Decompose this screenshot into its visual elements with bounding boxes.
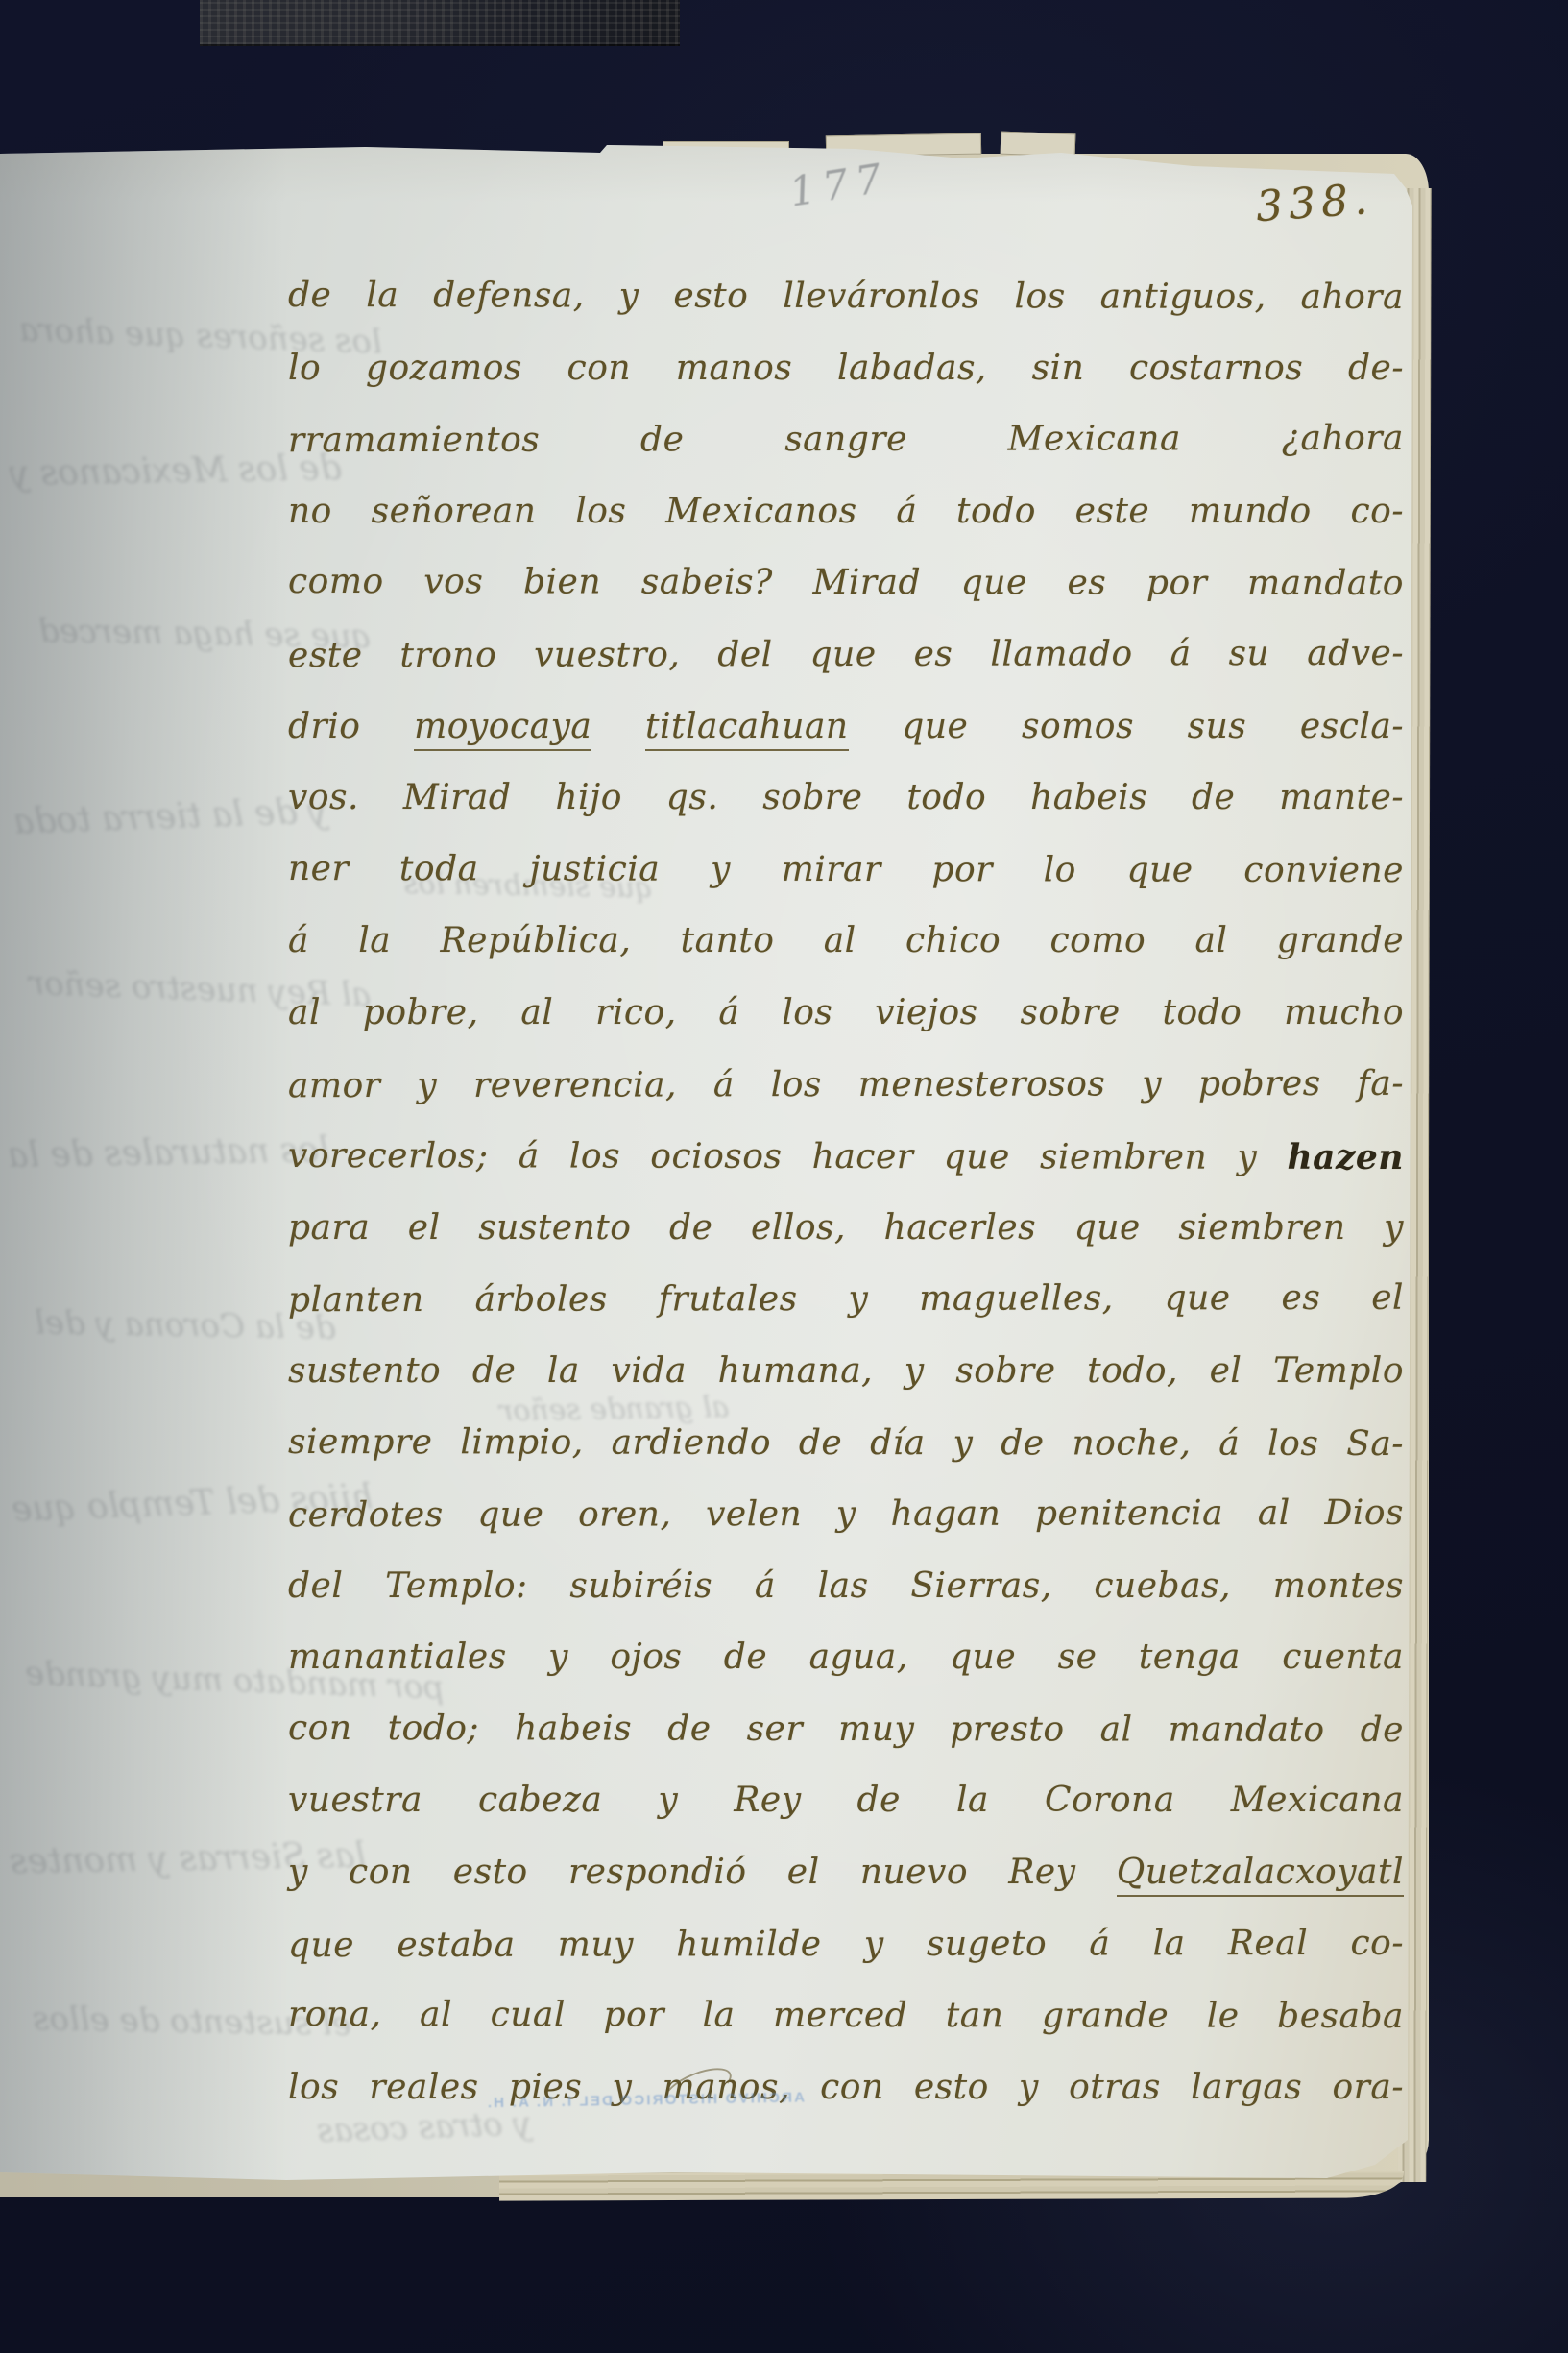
manuscript-segment: á la República, tanto al chico como al g… <box>288 921 1404 960</box>
manuscript-text-block: de la defensa, y esto lleváronlos los an… <box>288 261 1404 2123</box>
manuscript-line: que estaba muy humilde y sugeto á la Rea… <box>288 1907 1404 1981</box>
manuscript-segment: vuestra cabeza y Rey de la Corona Mexica… <box>288 1781 1404 1820</box>
manuscript-line: amor y reverencia, á los menesterosos y … <box>288 1048 1404 1122</box>
manuscript-segment: los reales pies y manos, con esto y otra… <box>288 2068 1404 2107</box>
manuscript-segment: rramamientos de sangre Mexicana ¿ahora <box>288 419 1404 460</box>
manuscript-line: al pobre, al rico, á los viejos sobre to… <box>288 978 1404 1050</box>
manuscript-segment: cerdotes que oren, velen y hagan peniten… <box>288 1493 1404 1535</box>
manuscript-segment <box>591 707 645 746</box>
manuscript-segment: hazen <box>1287 1137 1404 1177</box>
underlined-word: Quetzalacxoyatl <box>1117 1853 1404 1897</box>
manuscript-line: los reales pies y manos, con esto y otra… <box>288 2052 1404 2124</box>
manuscript-segment: ner toda justicia y mirar por lo que con… <box>288 849 1404 890</box>
manuscript-line: ner toda justicia y mirar por lo que con… <box>288 834 1404 908</box>
manuscript-line: rramamientos de sangre Mexicana ¿ahora <box>288 403 1404 477</box>
manuscript-segment: al pobre, al rico, á los viejos sobre to… <box>288 993 1404 1032</box>
manuscript-segment: sustento de la vida humana, y sobre todo… <box>288 1351 1404 1391</box>
manuscript-segment: manantiales y ojos de agua, que se tenga… <box>288 1637 1404 1677</box>
underlined-word: titlacahuan <box>645 707 849 751</box>
manuscript-line: con todo; habeis de ser muy presto al ma… <box>288 1693 1404 1767</box>
manuscript-segment: de la defensa, y esto lleváronlos los an… <box>288 276 1404 317</box>
manuscript-segment: como vos bien sabeis? Mirad que es por m… <box>288 562 1404 603</box>
manuscript-line: lo gozamos con manos labadas, sin costar… <box>288 333 1404 405</box>
manuscript-line: rona, al cual por la merced tan grande l… <box>288 1979 1404 2053</box>
manuscript-line: este trono vuestro, del que es llamado á… <box>288 619 1404 692</box>
page-edge-tab <box>1001 132 1076 158</box>
manuscript-line: y con esto respondió el nuevo Rey Quetza… <box>288 1837 1404 1909</box>
manuscript-segment: siempre limpio, ardiendo de día y de noc… <box>288 1421 1404 1463</box>
manuscript-line: vos. Mirad hijo qs. sobre todo habeis de… <box>288 763 1404 835</box>
manuscript-segment: del Templo: subiréis á las Sierras, cueb… <box>288 1566 1404 1606</box>
manuscript-segment: que estaba muy humilde y sugeto á la Rea… <box>288 1923 1404 1964</box>
manuscript-line: á la República, tanto al chico como al g… <box>288 906 1404 978</box>
manuscript-line: del Templo: subiréis á las Sierras, cueb… <box>288 1551 1404 1623</box>
manuscript-segment: vorecerlos; á los ociosos hacer que siem… <box>288 1136 1288 1177</box>
manuscript-line: sustento de la vida humana, y sobre todo… <box>288 1336 1404 1408</box>
manuscript-segment: lo gozamos con manos labadas, sin costar… <box>288 349 1404 388</box>
folio-number: 338. <box>1254 175 1374 231</box>
manuscript-photo-scene: los señores que ahorade los Mexicanos yq… <box>0 0 1568 2353</box>
manuscript-segment: este trono vuestro, del que es llamado á… <box>288 634 1404 675</box>
manuscript-line: manantiales y ojos de agua, que se tenga… <box>288 1622 1404 1694</box>
manuscript-segment: amor y reverencia, á los menesterosos y … <box>288 1063 1404 1104</box>
mounting-strip <box>200 0 680 46</box>
manuscript-line: vuestra cabeza y Rey de la Corona Mexica… <box>288 1765 1404 1837</box>
manuscript-line: cerdotes que oren, velen y hagan peniten… <box>288 1478 1404 1552</box>
manuscript-line: como vos bien sabeis? Mirad que es por m… <box>288 546 1404 620</box>
manuscript-line: vorecerlos; á los ociosos hacer que siem… <box>288 1120 1404 1194</box>
manuscript-line: planten árboles frutales y maguelles, qu… <box>288 1263 1404 1337</box>
manuscript-segment: con todo; habeis de ser muy presto al ma… <box>288 1709 1404 1750</box>
manuscript-segment: vos. Mirad hijo qs. sobre todo habeis de… <box>288 778 1404 817</box>
manuscript-segment: planten árboles frutales y maguelles, qu… <box>288 1278 1404 1320</box>
manuscript-line: de la defensa, y esto lleváronlos los an… <box>288 260 1404 334</box>
manuscript-segment: rona, al cual por la merced tan grande l… <box>288 1995 1404 2036</box>
manuscript-segment: para el sustento de ellos, hacerles que … <box>288 1208 1404 1248</box>
manuscript-segment: que somos sus escla- <box>849 707 1404 746</box>
manuscript-segment: y con esto respondió el nuevo Rey <box>288 1853 1117 1892</box>
underlined-word: moyocaya <box>414 707 591 751</box>
manuscript-segment: no señorean los Mexicanos á todo este mu… <box>288 492 1404 531</box>
manuscript-segment: drio <box>288 707 414 746</box>
manuscript-line: no señorean los Mexicanos á todo este mu… <box>288 476 1404 548</box>
manuscript-line: drio moyocaya titlacahuan que somos sus … <box>288 691 1404 764</box>
manuscript-line: siempre limpio, ardiendo de día y de noc… <box>288 1406 1404 1480</box>
manuscript-line: para el sustento de ellos, hacerles que … <box>288 1193 1404 1265</box>
